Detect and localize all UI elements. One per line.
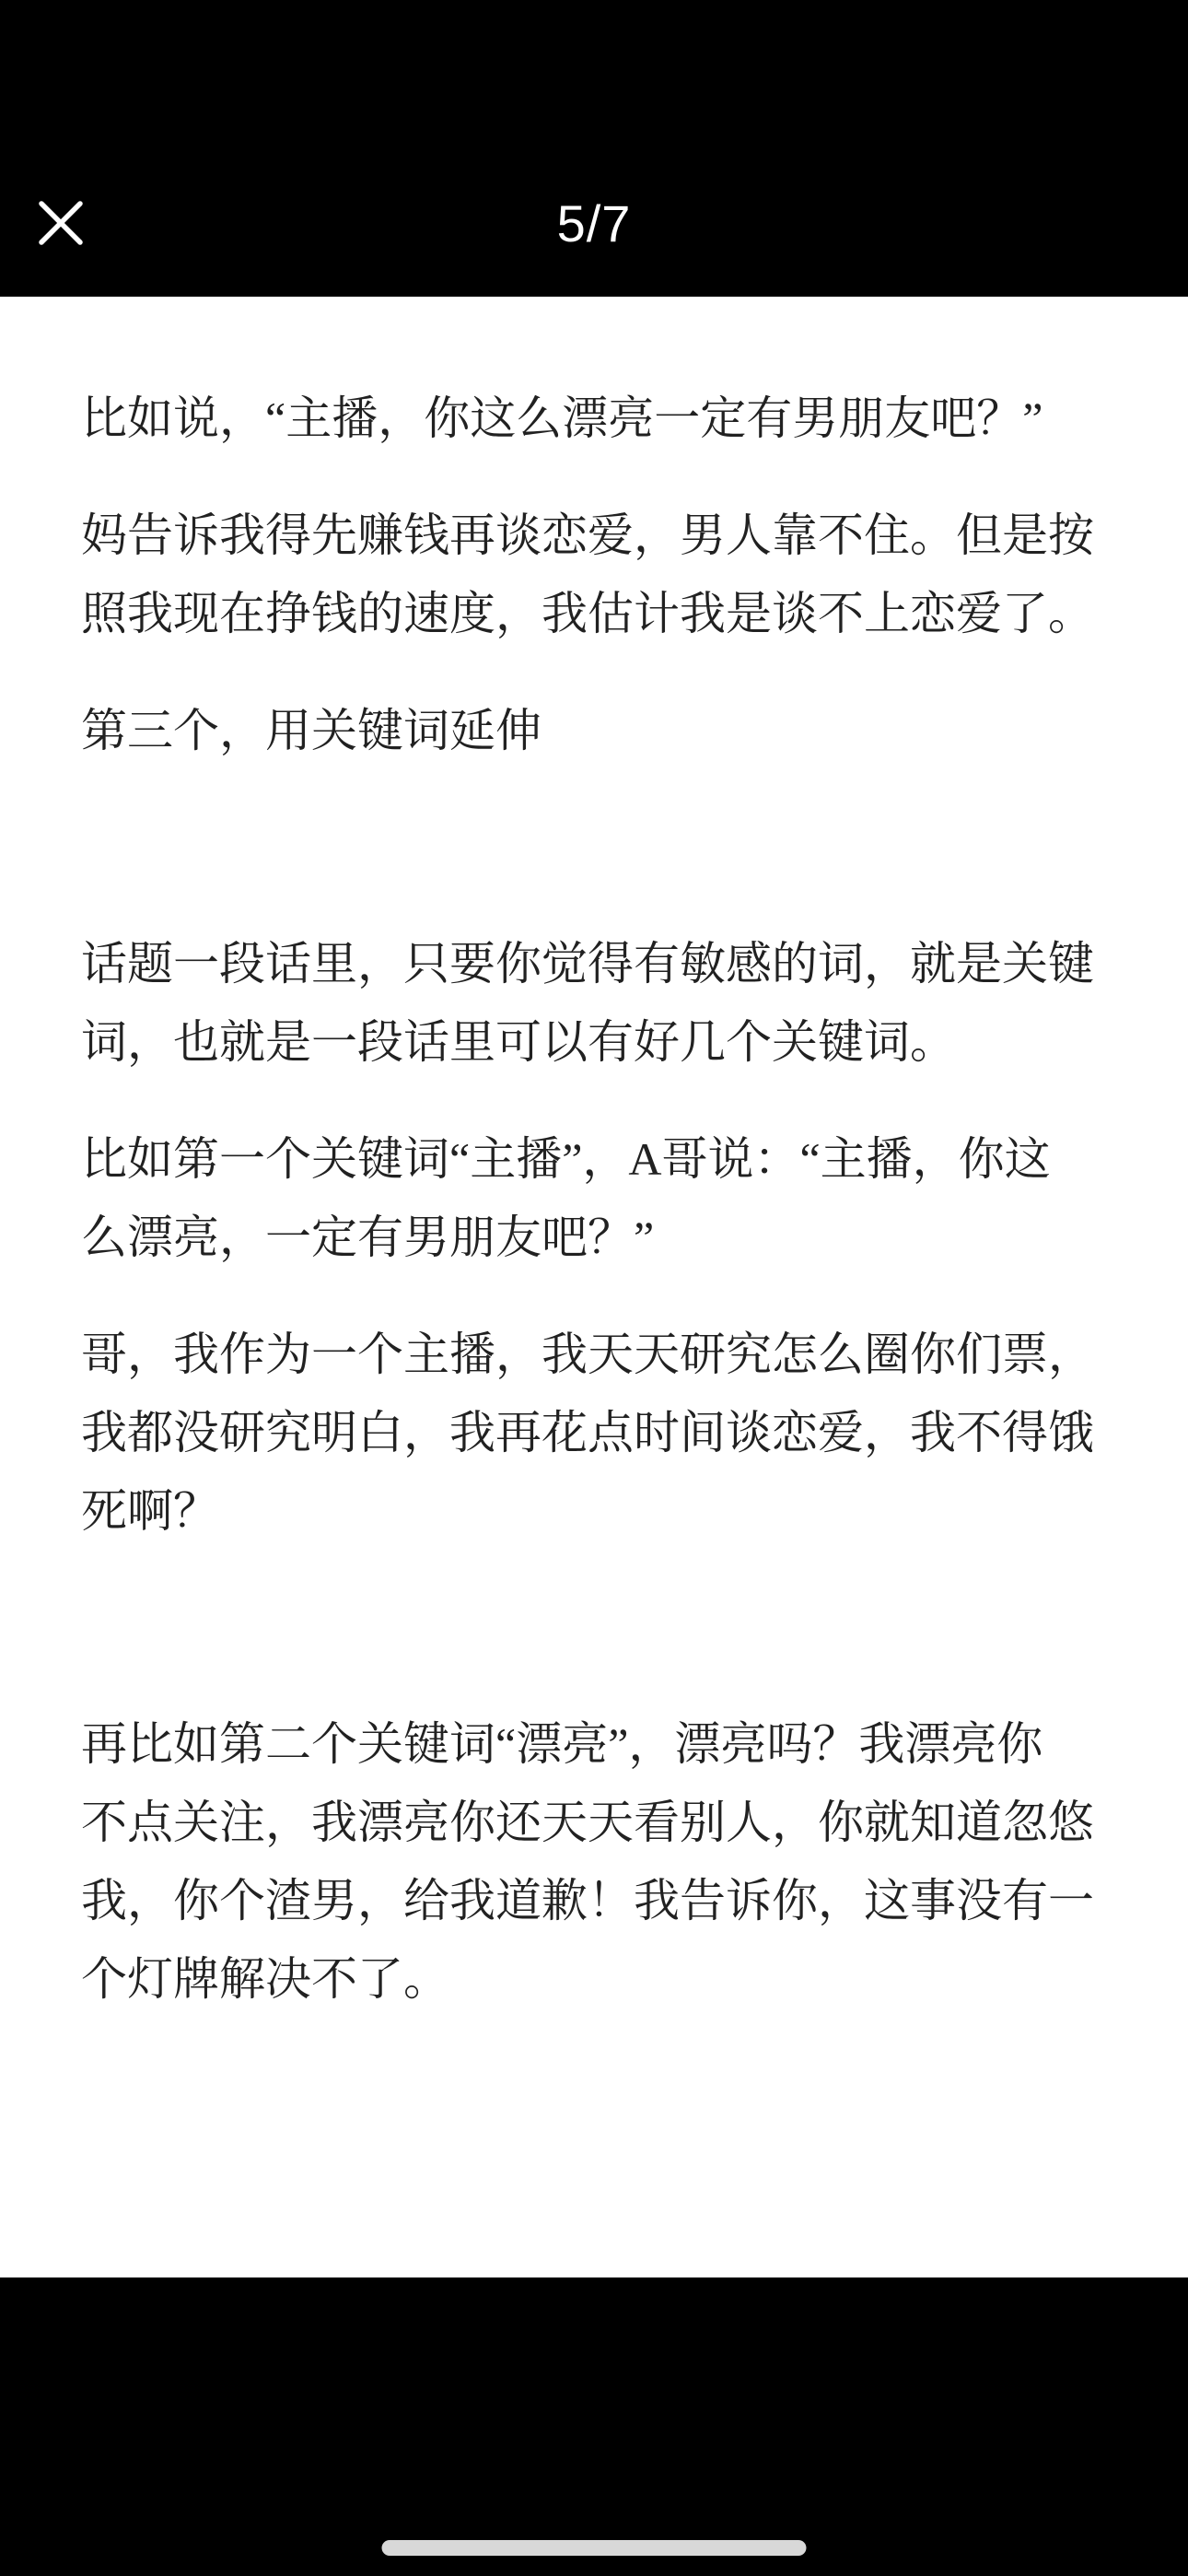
bottom-bar [0, 2277, 1188, 2576]
text-line: 妈告诉我得先赚钱再谈恋爱，男人靠不住。但是按 [81, 497, 1105, 575]
document-page[interactable]: 比如说，“主播，你这么漂亮一定有男朋友吧？” 妈告诉我得先赚钱再谈恋爱，男人靠不… [0, 297, 1188, 2277]
paragraph: 哥，我作为一个主播，我天天研究怎么圈你们票， 我都没研究明白，我再花点时间谈恋爱… [81, 1316, 1105, 1551]
text-line: 个灯牌解决不了。 [81, 1940, 1105, 2019]
page-indicator: 5/7 [0, 196, 1188, 252]
text-line: 比如第一个关键词“主播”，A哥说：“主播，你这 [81, 1120, 1105, 1199]
paragraph: 妈告诉我得先赚钱再谈恋爱，男人靠不住。但是按 照我现在挣钱的速度，我估计我是谈不… [81, 497, 1105, 653]
text-line: 我都没研究明白，我再花点时间谈恋爱，我不得饿 [81, 1394, 1105, 1472]
text-line: 不点关注，我漂亮你还天天看别人，你就知道忽悠 [81, 1784, 1105, 1862]
text-line: 死啊？ [81, 1472, 1105, 1551]
paragraph: 第三个，用关键词延伸 [81, 692, 1105, 770]
text-line: 词，也就是一段话里可以有好几个关键词。 [81, 1003, 1105, 1082]
text-line: 么漂亮，一定有男朋友吧？” [81, 1199, 1105, 1277]
paragraph: 话题一段话里，只要你觉得有敏感的词，就是关键 词，也就是一段话里可以有好几个关键… [81, 925, 1105, 1082]
text-line: 再比如第二个关键词“漂亮”，漂亮吗？我漂亮你 [81, 1705, 1105, 1784]
home-indicator[interactable] [382, 2540, 807, 2556]
text-line: 比如说，“主播，你这么漂亮一定有男朋友吧？” [81, 380, 1105, 458]
paragraph: 再比如第二个关键词“漂亮”，漂亮吗？我漂亮你 不点关注，我漂亮你还天天看别人，你… [81, 1705, 1105, 2019]
screen: 5/7 比如说，“主播，你这么漂亮一定有男朋友吧？” 妈告诉我得先赚钱再谈恋爱，… [0, 0, 1188, 2576]
text-line: 哥，我作为一个主播，我天天研究怎么圈你们票， [81, 1316, 1105, 1394]
paragraph: 比如说，“主播，你这么漂亮一定有男朋友吧？” [81, 380, 1105, 458]
text-line: 话题一段话里，只要你觉得有敏感的词，就是关键 [81, 925, 1105, 1003]
text-line: 照我现在挣钱的速度，我估计我是谈不上恋爱了。 [81, 575, 1105, 653]
text-line: 我，你个渣男，给我道歉！我告诉你，这事没有一 [81, 1862, 1105, 1940]
text-line: 第三个，用关键词延伸 [81, 692, 1105, 770]
viewer-header: 5/7 [0, 0, 1188, 297]
paragraph: 比如第一个关键词“主播”，A哥说：“主播，你这 么漂亮，一定有男朋友吧？” [81, 1120, 1105, 1277]
